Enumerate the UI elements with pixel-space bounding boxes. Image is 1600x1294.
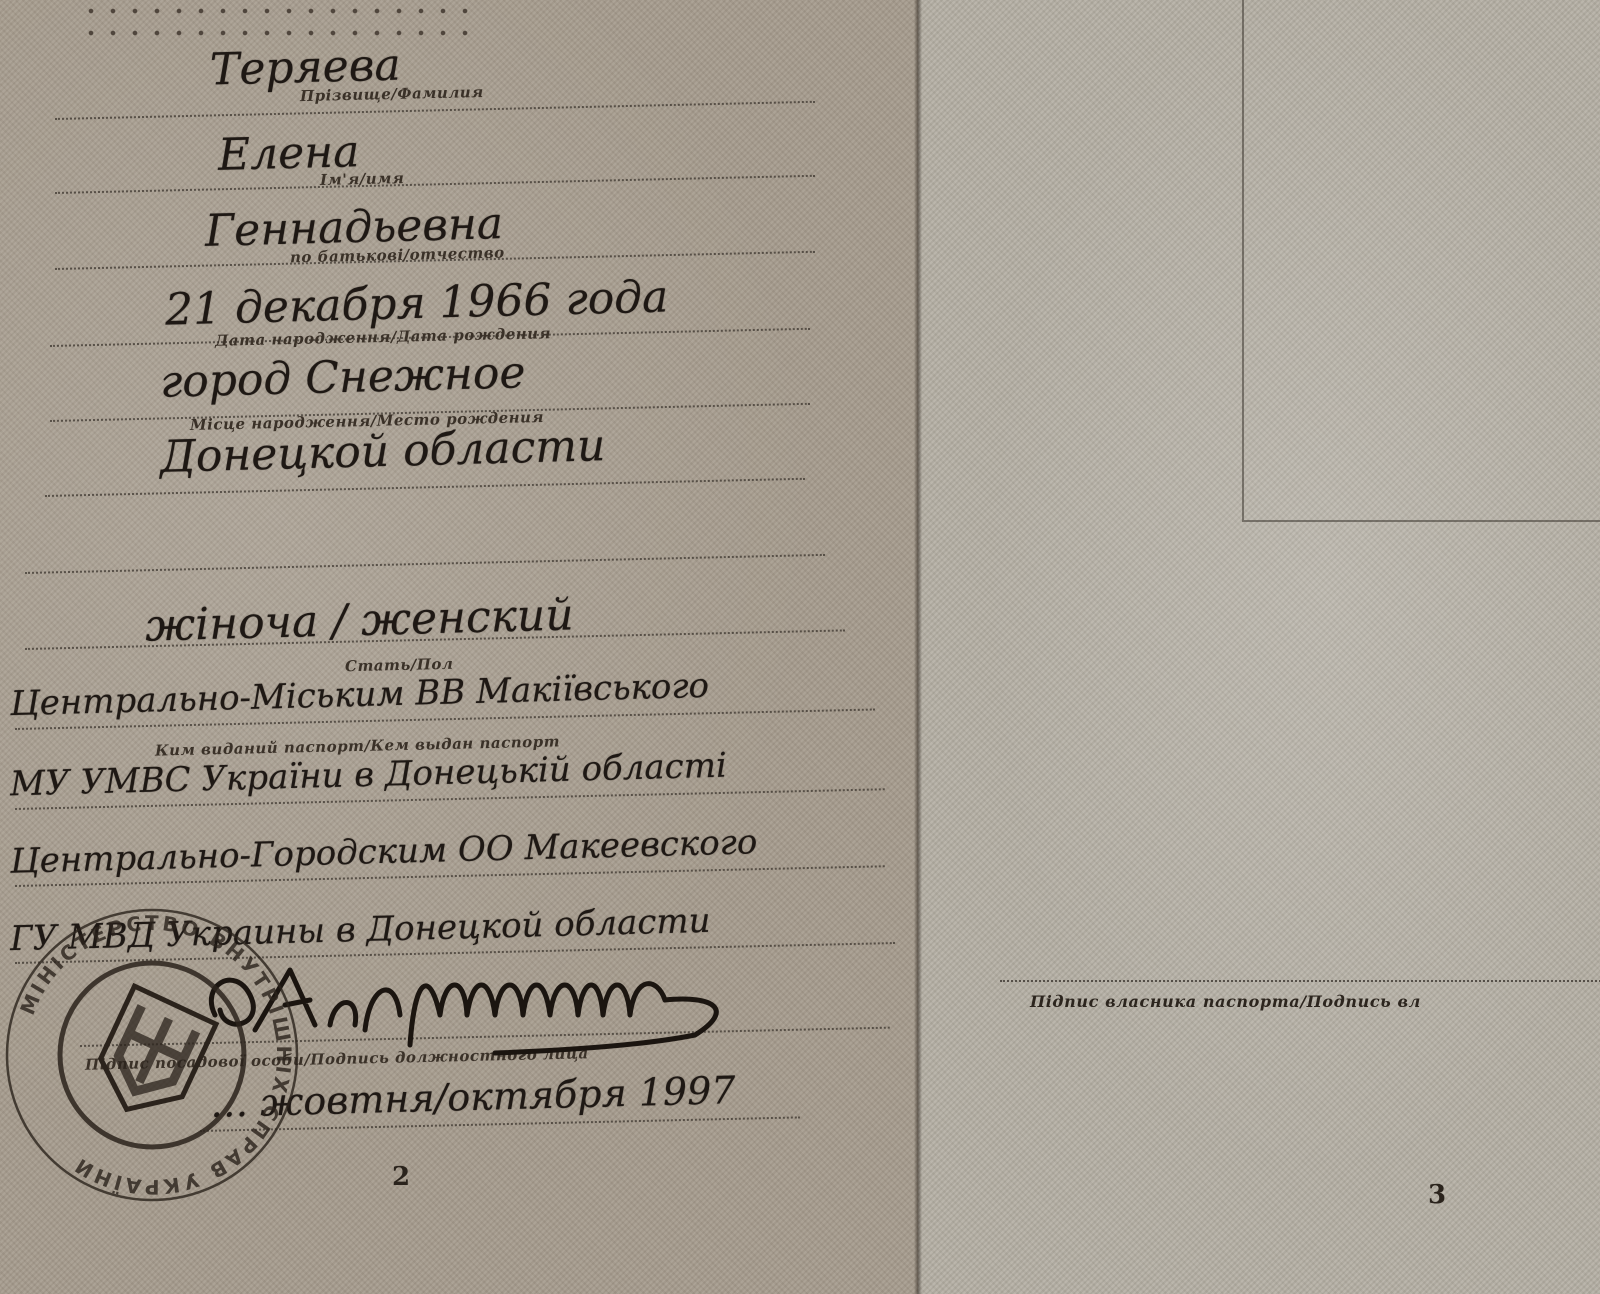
owner-signature-line [1000,980,1600,982]
photo-frame [1242,0,1600,522]
surname-value: Теряева [209,40,401,96]
right-page-number: 3 [1428,1180,1446,1210]
birth-place-value-1: город Снежное [159,347,526,408]
left-page-number: 2 [392,1162,410,1192]
name-value: Елена [217,126,360,181]
trident-emblem [86,986,216,1128]
page-binding [914,0,922,1294]
patronymic-value: Геннадьевна [204,198,503,257]
ministry-stamp: МІНІСТЕРСТВО ВНУТРІШНІХ СПРАВ УКРАЇНИ [2,905,302,1205]
owner-signature-label: Підпис власника паспорта/Подпись вл [1030,992,1421,1011]
